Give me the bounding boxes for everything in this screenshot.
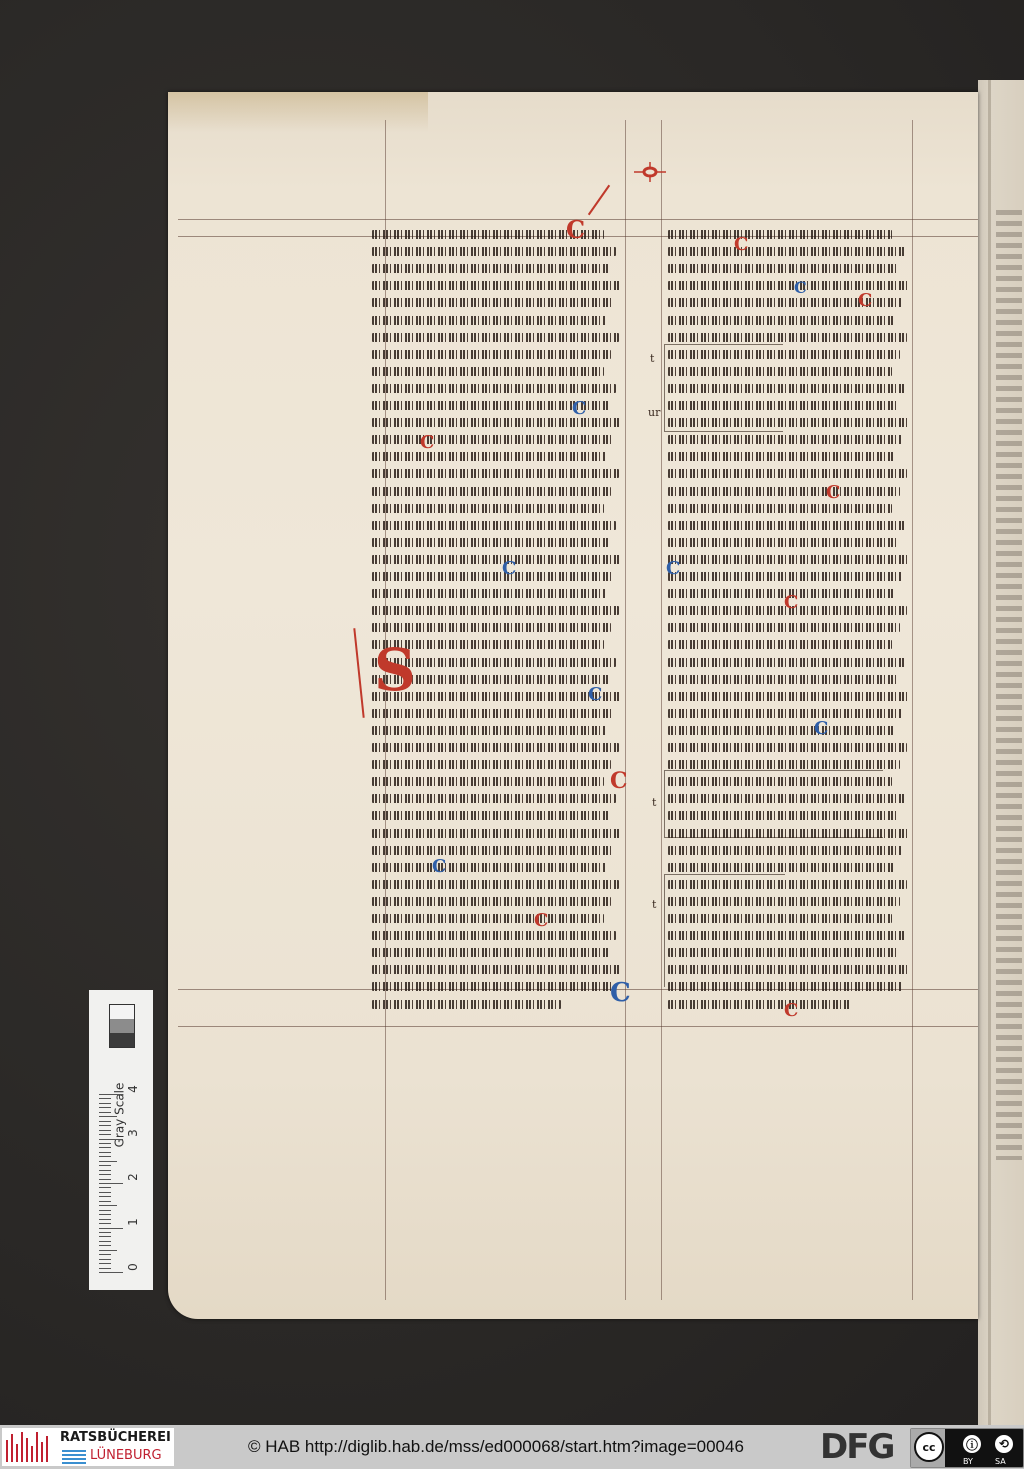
script-line xyxy=(372,931,616,940)
gray-swatch-light xyxy=(109,1004,135,1019)
script-line xyxy=(372,452,606,461)
library-logo[interactable]: RATSBÜCHEREI LÜNEBURG xyxy=(2,1428,174,1466)
ruler-tick xyxy=(99,1112,111,1113)
ruler-tick xyxy=(99,1116,117,1117)
script-line xyxy=(668,572,902,581)
ruler-tick xyxy=(99,1232,111,1233)
ruler-tick xyxy=(99,1250,117,1251)
rubric-initial: C xyxy=(784,594,798,612)
script-line xyxy=(668,640,892,649)
rubric-initial: C xyxy=(432,858,446,876)
ruler-tick xyxy=(99,1183,123,1184)
ruler-label-4: 4 xyxy=(126,1085,140,1093)
viewer-footer: RATSBÜCHEREI LÜNEBURG © HAB http://digli… xyxy=(0,1425,1024,1469)
script-line xyxy=(372,264,609,273)
ruler-tick xyxy=(99,1219,111,1220)
script-line xyxy=(668,555,910,564)
ruler-tick xyxy=(99,1161,117,1162)
rubric-initial: C xyxy=(420,434,434,452)
ruling-bottom-2 xyxy=(178,1026,978,1027)
facing-page-text xyxy=(996,210,1022,1160)
gray-swatch-mid xyxy=(109,1019,135,1033)
ruler-tick xyxy=(99,1241,111,1242)
ruler-tick xyxy=(99,1094,123,1095)
rubric-initial: C xyxy=(734,236,748,254)
ruler-tick xyxy=(99,1228,123,1229)
script-line xyxy=(372,726,606,735)
script-line xyxy=(668,760,900,769)
script-line xyxy=(372,298,614,307)
library-bars-icon xyxy=(6,1432,50,1462)
decorated-initial: S xyxy=(374,636,416,704)
script-line xyxy=(668,230,892,239)
script-line xyxy=(372,606,619,615)
ruler-tick xyxy=(99,1147,111,1148)
ruler-tick xyxy=(99,1156,111,1157)
script-line xyxy=(668,452,895,461)
rubric-initial: C xyxy=(502,560,516,578)
ruling-right-col-end xyxy=(912,120,913,1300)
water-stain xyxy=(168,92,428,132)
ruler-label-3: 3 xyxy=(126,1129,140,1137)
ruler-tick xyxy=(99,1268,111,1269)
ruler-tick xyxy=(99,1201,111,1202)
ornament-icon xyxy=(634,162,666,182)
ruler-tick xyxy=(99,1245,111,1246)
ruler-tick xyxy=(99,1143,111,1144)
gloss-box xyxy=(664,770,883,838)
script-line xyxy=(668,658,905,667)
script-line xyxy=(372,982,614,991)
ruler-tick xyxy=(99,1223,111,1224)
script-line xyxy=(372,247,616,256)
rubric-initial: C xyxy=(572,400,586,418)
ruler-tick xyxy=(99,1103,111,1104)
script-line xyxy=(372,487,611,496)
ruler-tick xyxy=(99,1134,111,1135)
rubric-initial: C xyxy=(826,484,840,502)
script-line xyxy=(668,726,895,735)
script-line xyxy=(372,435,614,444)
script-line xyxy=(372,572,614,581)
gray-swatch-dark xyxy=(109,1033,135,1048)
script-line xyxy=(372,469,619,478)
script-line xyxy=(372,555,621,564)
ruler-tick xyxy=(99,1125,111,1126)
ruler-label-0: 0 xyxy=(126,1263,140,1271)
script-line xyxy=(372,367,604,376)
script-line xyxy=(372,829,621,838)
script-line xyxy=(372,281,621,290)
script-line xyxy=(372,880,619,889)
script-line xyxy=(372,350,611,359)
rubric-initial: C xyxy=(610,770,628,792)
script-line xyxy=(668,538,897,547)
script-line xyxy=(372,538,609,547)
ruler-tick xyxy=(99,1192,111,1193)
script-line xyxy=(668,846,902,855)
script-line xyxy=(668,521,905,530)
rubric-initial: C xyxy=(610,980,631,1006)
script-line xyxy=(668,333,907,342)
rubric-initial: C xyxy=(814,720,828,738)
rubric-initial: C xyxy=(794,280,807,296)
facing-page-edge xyxy=(978,80,1024,1425)
script-line xyxy=(668,675,897,684)
script-line xyxy=(372,897,611,906)
open-book-icon xyxy=(62,1450,86,1464)
rubric-initial: C xyxy=(566,218,585,242)
by-label: BY xyxy=(963,1457,973,1466)
script-line xyxy=(372,316,606,325)
page-gutter xyxy=(988,80,991,1425)
ruler-tick xyxy=(99,1107,111,1108)
ruler-tick xyxy=(99,1210,111,1211)
script-line xyxy=(668,504,892,513)
gloss-box xyxy=(664,344,783,432)
gloss-box xyxy=(664,874,785,987)
sharealike-icon: ⟲ xyxy=(993,1433,1015,1455)
text-column-left xyxy=(372,226,624,1026)
ruler-tick xyxy=(99,1254,111,1255)
ruler-tick xyxy=(99,1263,111,1264)
ruler-tick xyxy=(99,1170,111,1171)
marginal-note: ur xyxy=(648,406,660,419)
script-line xyxy=(372,743,619,752)
script-line xyxy=(668,247,905,256)
script-line xyxy=(372,589,606,598)
script-line xyxy=(372,948,609,957)
ruler-tick xyxy=(99,1165,111,1166)
ruler-tick xyxy=(99,1205,117,1206)
ruler-tick xyxy=(99,1187,111,1188)
gray-scale-target: Gray Scale 0 1 2 3 4 xyxy=(89,990,153,1290)
script-line xyxy=(372,709,614,718)
script-line xyxy=(372,846,614,855)
copyright-link[interactable]: © HAB http://diglib.hab.de/mss/ed000068/… xyxy=(248,1437,744,1457)
script-line xyxy=(668,435,902,444)
script-line xyxy=(668,316,895,325)
rubric-initial: C xyxy=(858,292,872,310)
cc-icon: cc xyxy=(914,1432,944,1462)
script-line xyxy=(668,1000,851,1009)
rubric-initial: C xyxy=(534,912,548,930)
script-line xyxy=(668,692,910,701)
marginal-note: t xyxy=(652,898,656,911)
script-line xyxy=(372,504,604,513)
ruler-tick xyxy=(99,1272,123,1273)
ruling-left-col-end xyxy=(625,120,626,1300)
script-line xyxy=(372,418,621,427)
ruler-tick xyxy=(99,1259,111,1260)
script-line xyxy=(372,333,619,342)
ruler-tick xyxy=(99,1121,111,1122)
sa-label: SA xyxy=(995,1457,1006,1466)
script-line xyxy=(668,709,902,718)
script-line xyxy=(668,469,907,478)
script-line xyxy=(668,743,907,752)
ruling-right-col-start xyxy=(661,120,662,1300)
ruler-tick xyxy=(99,1236,111,1237)
script-line xyxy=(668,863,895,872)
library-city: LÜNEBURG xyxy=(90,1448,162,1463)
ruler-tick xyxy=(99,1098,111,1099)
ruler-label-2: 2 xyxy=(126,1173,140,1181)
script-line xyxy=(668,589,895,598)
script-line xyxy=(372,1000,561,1009)
ruler-tick xyxy=(99,1214,111,1215)
script-line xyxy=(372,777,604,786)
rubric-initial: C xyxy=(784,1002,798,1020)
ruler-label-1: 1 xyxy=(126,1218,140,1226)
script-line xyxy=(372,811,609,820)
script-line xyxy=(372,521,616,530)
marginal-note: t xyxy=(652,796,656,809)
dfg-logo[interactable]: DFG xyxy=(820,1430,893,1464)
library-name: RATSBÜCHEREI xyxy=(60,1430,171,1445)
script-line xyxy=(668,281,910,290)
script-line xyxy=(372,760,611,769)
ruler-tick xyxy=(99,1130,111,1131)
rubric-initial: C xyxy=(588,686,602,704)
ruler-tick xyxy=(99,1152,111,1153)
script-line xyxy=(372,863,606,872)
rubric-initial: C xyxy=(666,560,680,578)
script-line xyxy=(668,264,897,273)
script-line xyxy=(372,914,604,923)
cc-license-badge[interactable]: cc ⓘ ⟲ BY SA xyxy=(910,1428,1024,1468)
ruler-tick xyxy=(99,1179,111,1180)
ruler-tick xyxy=(99,1139,123,1140)
script-line xyxy=(668,623,900,632)
marginal-note: t xyxy=(650,352,654,365)
by-attribution-icon: ⓘ xyxy=(961,1433,983,1455)
ruler-tick xyxy=(99,1174,111,1175)
script-line xyxy=(372,794,616,803)
script-line xyxy=(372,965,621,974)
script-line xyxy=(372,384,616,393)
ruler-tick xyxy=(99,1196,111,1197)
script-line xyxy=(372,623,611,632)
script-line xyxy=(668,487,900,496)
